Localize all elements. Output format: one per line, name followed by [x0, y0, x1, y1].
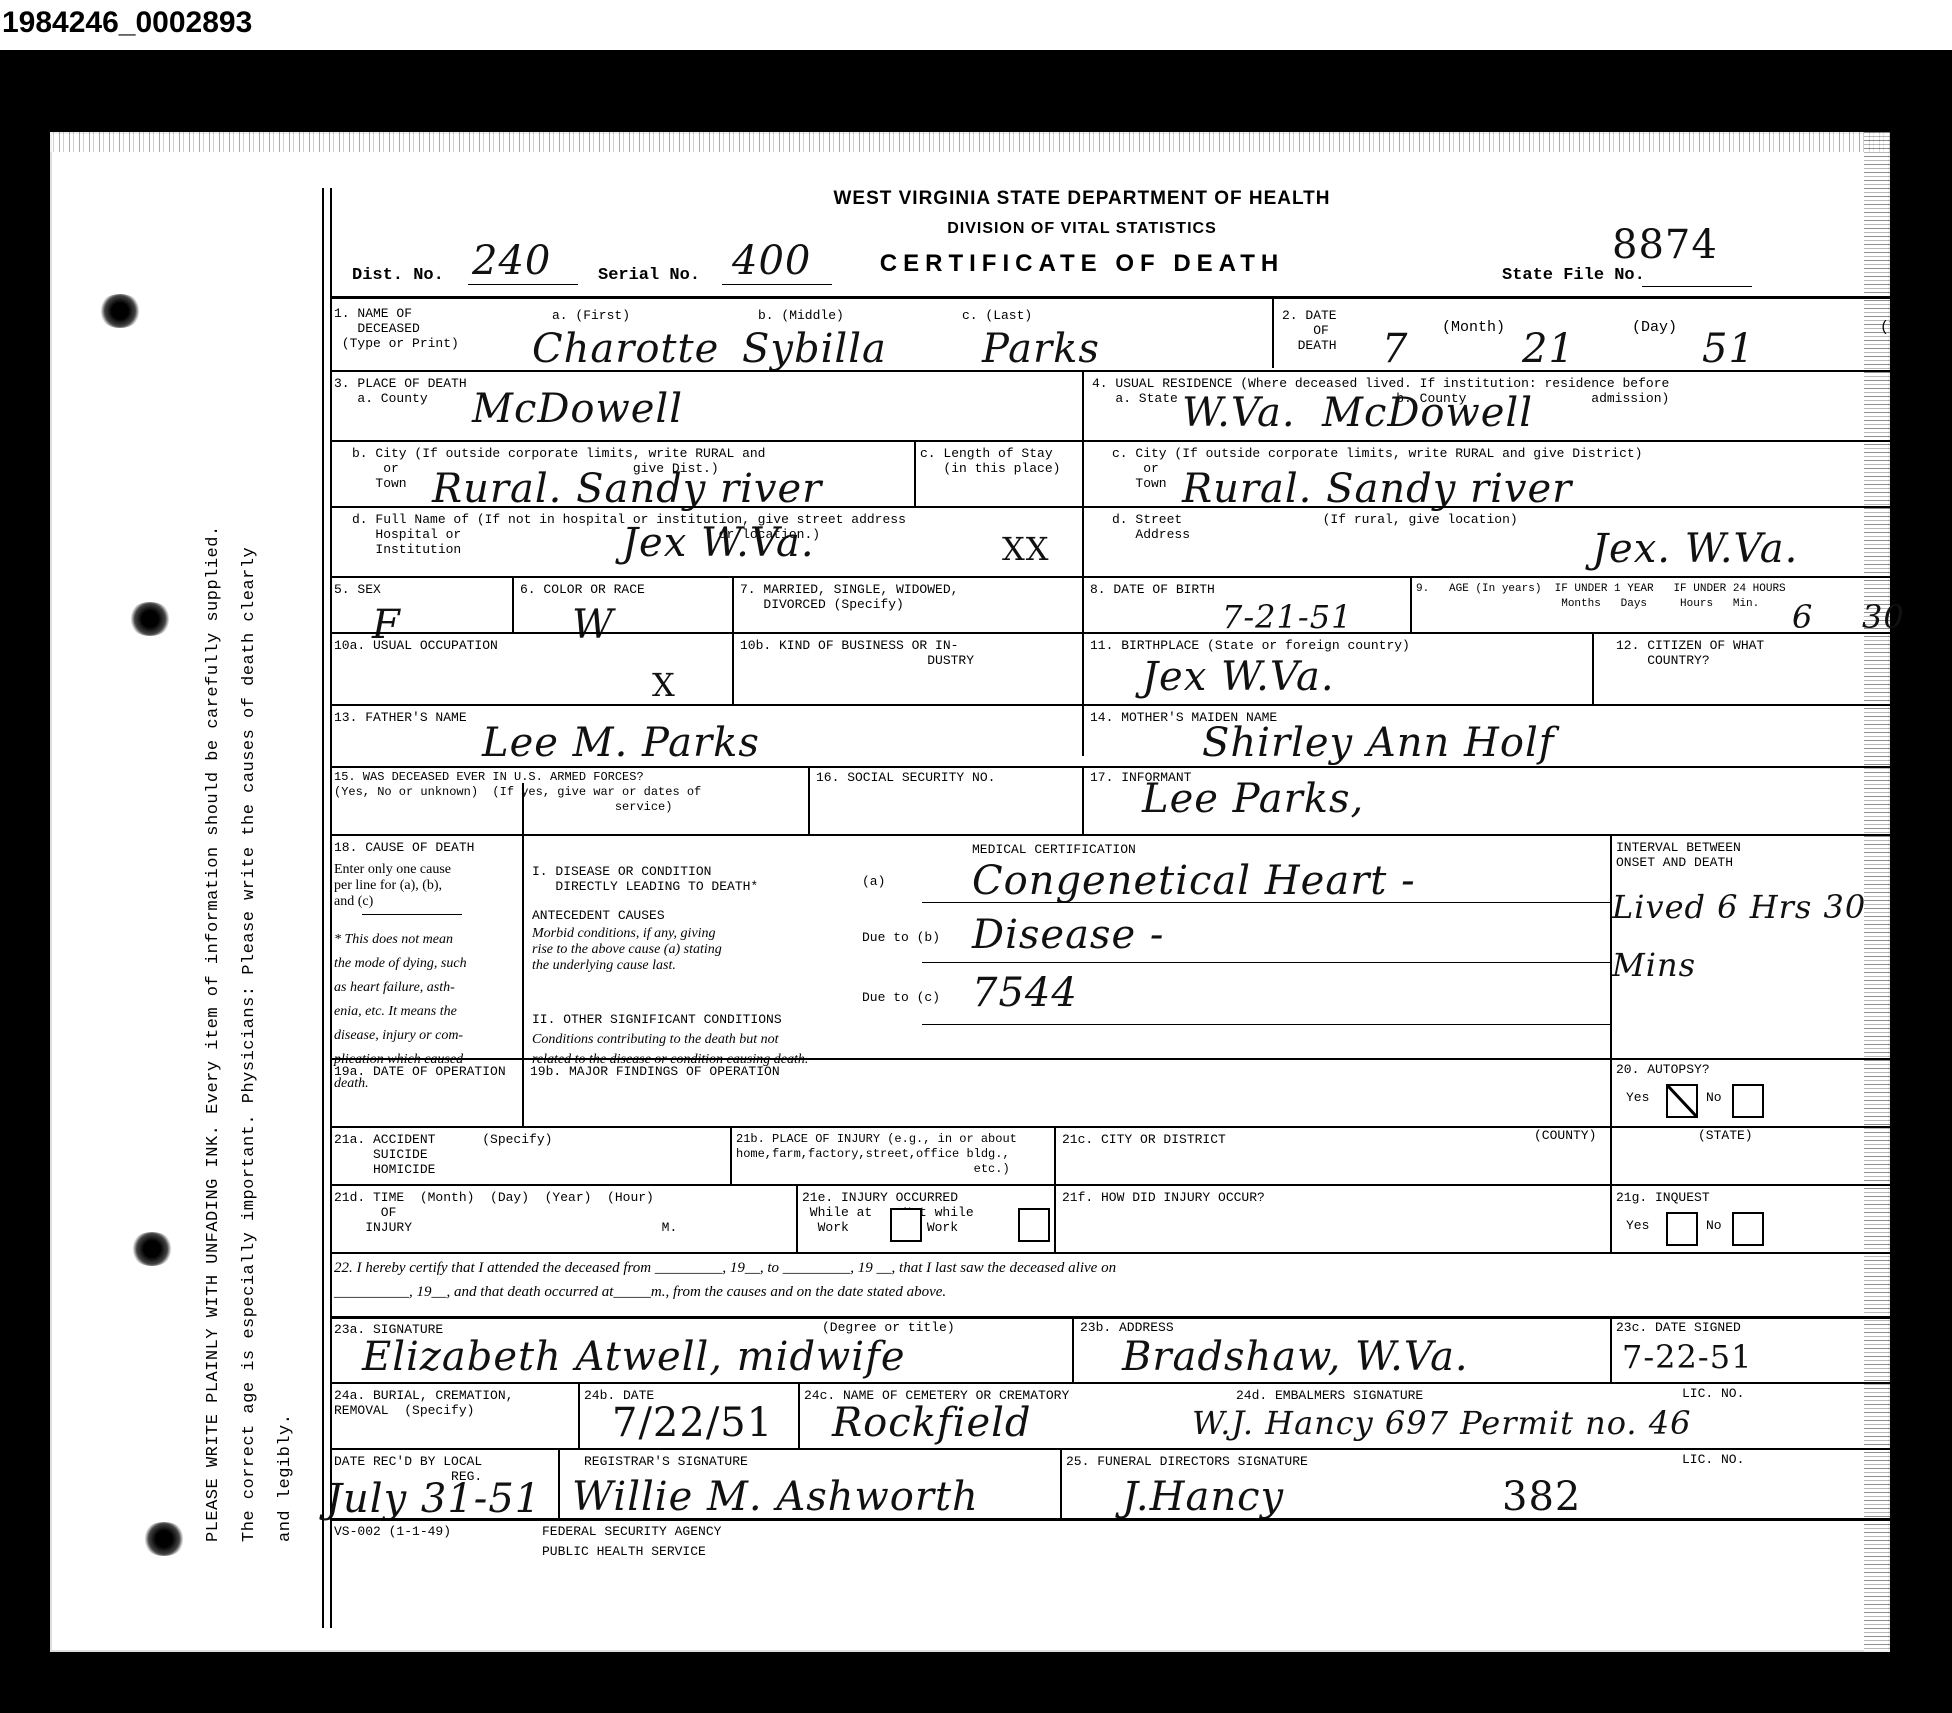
rule — [1410, 576, 1412, 632]
f18-instructions: Enter only one cause per line for (a), (… — [334, 862, 451, 910]
serial-label: Serial No. — [598, 268, 700, 283]
f11-label: 11. BIRTHPLACE (State or foreign country… — [1090, 638, 1410, 653]
rule — [522, 783, 524, 835]
f15-label: 15. WAS DECEASED EVER IN U.S. ARMED FORC… — [334, 770, 701, 815]
f18-ii-label: II. OTHER SIGNIFICANT CONDITIONS — [532, 1012, 782, 1027]
rule — [558, 1448, 560, 1518]
f2-day: 21 — [1522, 326, 1575, 372]
f4-state: W.Va. — [1182, 390, 1296, 436]
f24a-label: 24a. BURIAL, CREMATION, REMOVAL (Specify… — [334, 1388, 513, 1418]
f24d-lic-label: LIC. NO. — [1682, 1386, 1744, 1401]
f25-signature: J.Hancy — [1122, 1474, 1284, 1520]
rule — [1082, 506, 1890, 508]
f21e-not-work-checkbox[interactable] — [1018, 1208, 1050, 1242]
rule — [796, 1184, 798, 1252]
f10a-value: X — [652, 666, 676, 704]
f9-label: 9. AGE (In years) IF UNDER 1 YEAR IF UND… — [1416, 582, 1786, 612]
rule — [914, 440, 916, 506]
state-file-label: State File No. — [1502, 268, 1645, 283]
dept-title: WEST VIRGINIA STATE DEPARTMENT OF HEALTH — [782, 188, 1382, 210]
f18-label: 18. CAUSE OF DEATH — [334, 840, 474, 855]
f3-county: McDowell — [472, 386, 683, 432]
f18-b-label: Due to (b) — [862, 930, 940, 945]
f21e-while-work-checkbox[interactable] — [890, 1208, 922, 1242]
f18-a-label: (a) — [862, 874, 885, 889]
f21c-county: (COUNTY) — [1534, 1128, 1596, 1143]
rule — [808, 766, 810, 834]
f17-value: Lee Parks, — [1142, 776, 1364, 822]
f7-label: 7. MARRIED, SINGLE, WIDOWED, DIVORCED (S… — [740, 582, 958, 612]
f10b-label: 10b. KIND OF BUSINESS OR IN- DUSTRY — [740, 638, 974, 668]
rule — [1082, 440, 1890, 442]
f25-lic: 382 — [1502, 1474, 1581, 1520]
punch-hole-icon — [142, 1522, 186, 1556]
rule — [798, 1382, 800, 1448]
f18-c: 7544 — [972, 970, 1078, 1016]
rule — [330, 370, 1890, 372]
f1-label: 1. NAME OF DECEASED (Type or Print) — [334, 306, 459, 351]
f23c-label: 23c. DATE SIGNED — [1616, 1320, 1741, 1335]
rule — [330, 440, 1082, 442]
f4-street: Jex. W.Va. — [1592, 526, 1798, 572]
dist-underline — [468, 284, 578, 285]
side-instruction-1: PLEASE WRITE PLAINLY WITH UNFADING INK. … — [204, 525, 223, 1542]
f21g-no-checkbox[interactable] — [1732, 1212, 1764, 1246]
rule — [330, 506, 1082, 508]
f21a-label: 21a. ACCIDENT (Specify) SUICIDE HOMICIDE — [334, 1132, 552, 1177]
f14-value: Shirley Ann Holf — [1202, 720, 1555, 766]
f22-text-2: __________, 19__, and that death occurre… — [334, 1284, 946, 1300]
f3-label: 3. PLACE OF DEATH a. County — [334, 376, 467, 406]
f2-label: 2. DATE OF DEATH — [1282, 308, 1337, 353]
rule — [330, 1058, 1890, 1060]
f13-label: 13. FATHER'S NAME — [334, 710, 467, 725]
rule — [330, 1126, 1890, 1128]
form-number: VS-002 (1-1-49) — [334, 1524, 451, 1539]
f18-i-label: I. DISEASE OR CONDITION DIRECTLY LEADING… — [532, 864, 758, 894]
serial-value: 400 — [732, 238, 811, 284]
rule — [330, 704, 1890, 706]
f10a-label: 10a. USUAL OCCUPATION — [334, 638, 498, 653]
f2-year: 51 — [1702, 326, 1755, 372]
f21f-label: 21f. HOW DID INJURY OCCUR? — [1062, 1190, 1265, 1205]
form-left-border — [322, 188, 332, 1628]
f1-middle: Sybilla — [742, 326, 887, 372]
f21g-no-label: No — [1706, 1218, 1722, 1233]
f24d-embalmer: W.J. Hancy 697 Permit no. 46 — [1192, 1404, 1691, 1442]
side-instruction-2: The correct age is especially important.… — [240, 547, 259, 1542]
f4-street-label: d. Street (If rural, give location) Addr… — [1112, 512, 1518, 542]
f18-b: Disease - — [972, 912, 1164, 958]
f18-a: Congenetical Heart - — [972, 858, 1416, 904]
rule — [1082, 370, 1084, 756]
f22-text-1: 22. I hereby certify that I attended the… — [334, 1260, 1116, 1276]
f21d-label: 21d. TIME (Month) (Day) (Year) (Hour) OF… — [334, 1190, 677, 1235]
f24c-cemetery: Rockfield — [832, 1400, 1032, 1446]
f1-last-label: c. (Last) — [962, 308, 1032, 323]
f18-med-cert: MEDICAL CERTIFICATION — [972, 842, 1136, 857]
rule — [330, 1382, 1890, 1384]
f18-interval-label: INTERVAL BETWEEN ONSET AND DEATH — [1616, 840, 1741, 870]
f16-label: 16. SOCIAL SECURITY NO. — [816, 770, 995, 785]
death-certificate-form: WEST VIRGINIA STATE DEPARTMENT OF HEALTH… — [322, 178, 1892, 1638]
f3-stay-label: c. Length of Stay (in this place) — [920, 446, 1060, 476]
f23b-address: Bradshaw, W.Va. — [1122, 1334, 1469, 1380]
rule — [578, 1382, 580, 1448]
f20-no-label: No — [1706, 1090, 1722, 1105]
f13-value: Lee M. Parks — [482, 720, 760, 766]
f6-label: 6. COLOR OR RACE — [520, 582, 645, 597]
f23a-degree-label: (Degree or title) — [822, 1320, 955, 1335]
rule — [330, 1184, 1890, 1186]
f23a-signature: Elizabeth Atwell, midwife — [362, 1334, 906, 1380]
f18-morbid: Morbid conditions, if any, giving rise t… — [532, 926, 722, 974]
rule — [330, 1316, 1890, 1319]
f9-min: 30 — [1862, 598, 1905, 636]
rule — [362, 914, 462, 915]
f21e-label: 21e. INJURY OCCURRED While at Not while … — [802, 1190, 974, 1235]
f9-hours: 6 — [1792, 598, 1813, 636]
rule — [1082, 766, 1084, 834]
rule — [1592, 632, 1594, 704]
footer-agency: FEDERAL SECURITY AGENCY — [542, 1524, 721, 1539]
f20-no-checkbox[interactable] — [1732, 1084, 1764, 1118]
rule — [1060, 1448, 1062, 1518]
f18-antecedent: ANTECEDENT CAUSES — [532, 908, 665, 923]
rule — [330, 1448, 1890, 1450]
rule — [1072, 1316, 1074, 1382]
rule — [730, 1126, 732, 1184]
registrar-signature: Willie M. Ashworth — [572, 1474, 979, 1520]
f21c-label: 21c. CITY OR DISTRICT — [1062, 1132, 1226, 1147]
rule — [922, 962, 1610, 963]
f18-c-label: Due to (c) — [862, 990, 940, 1005]
rule — [330, 834, 1890, 836]
rule — [330, 296, 1890, 299]
f21g-label: 21g. INQUEST — [1616, 1190, 1710, 1205]
rule — [732, 576, 734, 704]
rule — [1054, 1126, 1056, 1252]
rule — [1272, 298, 1274, 368]
f2-month: 7 — [1382, 326, 1408, 372]
rule — [522, 1058, 524, 1126]
f24d-label: 24d. EMBALMERS SIGNATURE — [1236, 1388, 1423, 1403]
rule — [922, 1024, 1610, 1025]
state-file-value: 8874 — [1612, 222, 1718, 268]
f3-hosp: Jex W.Va. — [622, 520, 815, 566]
dist-value: 240 — [472, 238, 551, 284]
footer-service: PUBLIC HEALTH SERVICE — [542, 1544, 706, 1559]
f25-label: 25. FUNERAL DIRECTORS SIGNATURE — [1066, 1454, 1308, 1469]
f2-year-label: (Year) — [1880, 320, 1934, 335]
serial-underline — [722, 284, 832, 285]
f21c-state: (STATE) — [1698, 1128, 1753, 1143]
f21g-yes-checkbox[interactable] — [1666, 1212, 1698, 1246]
f4-county: McDowell — [1322, 390, 1533, 436]
rule — [522, 834, 524, 1058]
f3-hosp-mark: XX — [1002, 530, 1050, 568]
state-file-underline — [1642, 286, 1752, 287]
f18-interval: Lived 6 Hrs 30 Mins — [1612, 878, 1882, 994]
punch-hole-icon — [128, 602, 172, 636]
f8-label: 8. DATE OF BIRTH — [1090, 582, 1215, 597]
rule — [330, 632, 1890, 634]
f1-first-label: a. (First) — [552, 308, 630, 323]
f1-last: Parks — [982, 326, 1100, 372]
rule — [330, 576, 1890, 578]
f1-first: Charotte — [532, 326, 719, 372]
f21g-yes-label: Yes — [1626, 1218, 1649, 1233]
document-id: 1984246_0002893 — [2, 6, 252, 40]
f8-value: 7-21-51 — [1222, 598, 1352, 636]
f20-label: 20. AUTOPSY? — [1616, 1062, 1710, 1077]
local-reg-date: July 31-51 — [326, 1476, 541, 1522]
rule — [330, 1518, 1890, 1521]
f2-month-label: (Month) — [1442, 320, 1505, 335]
rule — [1610, 1316, 1612, 1382]
f2-day-label: (Day) — [1632, 320, 1677, 335]
f1-middle-label: b. (Middle) — [758, 308, 844, 323]
f19b-label: 19b. MAJOR FINDINGS OF OPERATION — [530, 1064, 780, 1079]
f19a-label: 19a. DATE OF OPERATION — [334, 1064, 506, 1079]
f6-value: W — [572, 602, 614, 648]
registrar-label: REGISTRAR'S SIGNATURE — [584, 1454, 748, 1469]
punch-hole-icon — [130, 1232, 174, 1266]
f25-lic-label: LIC. NO. — [1682, 1452, 1744, 1467]
side-instruction-3: and legibly. — [276, 1414, 295, 1542]
f5-label: 5. SEX — [334, 582, 381, 597]
rule — [1610, 1184, 1612, 1252]
punch-hole-icon — [98, 294, 142, 328]
f24b-date: 7/22/51 — [612, 1400, 773, 1446]
f23c-date: 7-22-51 — [1622, 1338, 1752, 1376]
f20-yes-label: Yes — [1626, 1090, 1649, 1105]
f12-label: 12. CITIZEN OF WHAT COUNTRY? — [1616, 638, 1764, 668]
rule — [512, 576, 514, 632]
f11-value: Jex W.Va. — [1142, 654, 1335, 700]
division-title: DIVISION OF VITAL STATISTICS — [782, 220, 1382, 238]
rule — [330, 766, 1890, 768]
certificate-title: CERTIFICATE OF DEATH — [762, 250, 1402, 278]
dist-label: Dist. No. — [352, 268, 444, 283]
rule — [922, 902, 1610, 903]
f23b-label: 23b. ADDRESS — [1080, 1320, 1174, 1335]
rule — [330, 1252, 1890, 1254]
check-mark-icon — [1668, 1086, 1696, 1116]
f21b-label: 21b. PLACE OF INJURY (e.g., in or about … — [736, 1132, 1017, 1177]
f20-yes-checkbox[interactable] — [1666, 1084, 1698, 1118]
